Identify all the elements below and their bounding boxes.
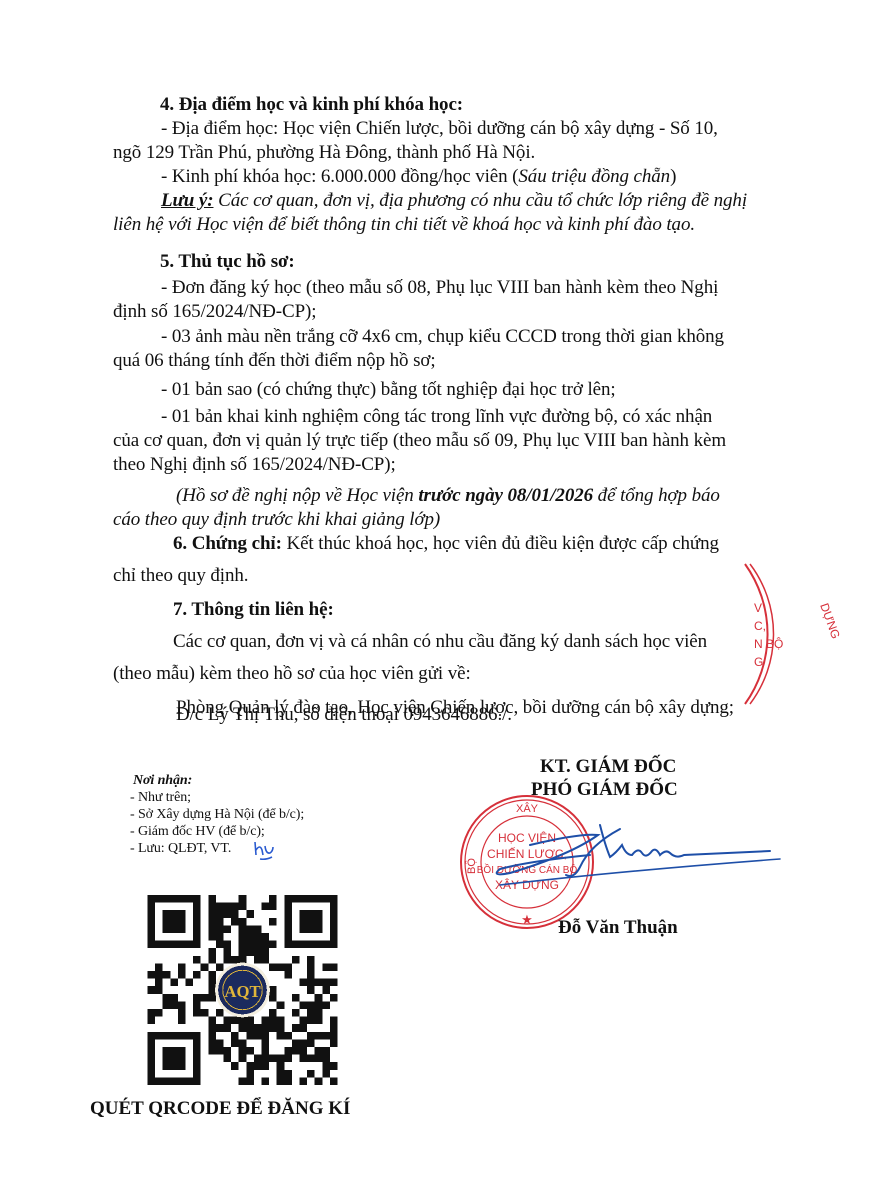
recipient-item: - Như trên;	[130, 789, 191, 806]
item1-line-2: định số 165/2024/NĐ-CP);	[113, 300, 316, 324]
item4-line-1: - 01 bản khai kinh nghiệm công tác trong…	[161, 405, 712, 429]
qr-logo-text: AQT	[224, 982, 260, 1001]
svg-text:★: ★	[521, 912, 533, 927]
item2-line-2: quá 06 tháng tính đến thời điểm nộp hồ s…	[113, 349, 436, 373]
section-7-heading: 7. Thông tin liên hệ:	[173, 598, 334, 622]
recipient-item: - Lưu: QLĐT, VT.	[130, 840, 231, 857]
section-6-line-2: chỉ theo quy định.	[113, 564, 248, 588]
partial-stamp-right: V C, N BỘ G DỰNG	[740, 560, 877, 710]
item4-line-2: của cơ quan, đơn vị quản lý trực tiếp (t…	[113, 429, 726, 453]
item1-line-1: - Đơn đăng ký học (theo mẫu số 08, Phụ l…	[161, 276, 718, 300]
fee-words: Sáu triệu đồng chẵn	[518, 166, 670, 187]
deadline-date: trước ngày 08/01/2026	[418, 485, 593, 506]
note-text-1: Các cơ quan, đơn vị, địa phương có nhu c…	[213, 190, 747, 211]
initials-scribble-icon	[252, 838, 278, 862]
section-6-line-1: 6. Chứng chỉ: Kết thúc khoá học, học viê…	[173, 532, 719, 556]
item2-line-1: - 03 ảnh màu nền trắng cỡ 4x6 cm, chụp k…	[161, 325, 724, 349]
document-page: 4. Địa điểm học và kinh phí khóa học: - …	[0, 0, 877, 1200]
deadline-suffix: để tổng hợp báo	[593, 485, 720, 506]
recipient-item: - Giám đốc HV (để b/c);	[130, 823, 265, 840]
fee-suffix: )	[670, 166, 676, 187]
signer-name: Đỗ Văn Thuận	[558, 916, 678, 940]
handwritten-signature	[470, 815, 790, 895]
contact-line-1: Các cơ quan, đơn vị và cá nhân có nhu cầ…	[173, 630, 707, 654]
recipient-item: - Sở Xây dựng Hà Nội (để b/c);	[130, 806, 304, 823]
section-5-heading: 5. Thủ tục hồ sơ:	[160, 250, 295, 274]
qr-caption: QUÉT QRCODE ĐỂ ĐĂNG KÍ	[90, 1098, 350, 1120]
svg-text:C,: C,	[754, 619, 766, 633]
location-line-1: - Địa điểm học: Học viện Chiến lược, bồi…	[161, 117, 718, 141]
section-6-text: Kết thúc khoá học, học viên đủ điều kiện…	[282, 533, 719, 554]
svg-text:N BỘ: N BỘ	[754, 636, 783, 651]
deadline-line-1: (Hồ sơ đề nghị nộp về Học viện trước ngà…	[176, 484, 720, 508]
fee-amount: - Kinh phí khóa học: 6.000.000 đồng/học …	[161, 166, 518, 187]
registration-qr-code[interactable]: AQT	[145, 895, 340, 1085]
item4-line-3: theo Nghị định số 165/2024/NĐ-CP);	[113, 453, 396, 477]
contact-line-2: (theo mẫu) kèm theo hồ sơ của học viên g…	[113, 662, 471, 686]
fee-line: - Kinh phí khóa học: 6.000.000 đồng/học …	[161, 165, 676, 189]
note-line-2: liên hệ với Học viện để biết thông tin c…	[113, 213, 695, 237]
svg-text:G: G	[754, 655, 763, 669]
item3: - 01 bản sao (có chứng thực) bằng tốt ng…	[161, 378, 616, 402]
section-6-heading: 6. Chứng chỉ:	[173, 533, 282, 554]
signature-title-1: KT. GIÁM ĐỐC	[540, 755, 676, 779]
recipients-title: Nơi nhận:	[133, 772, 192, 789]
stamp-top-text: XÂY	[516, 802, 539, 815]
contact-line-4: Đ/c Lý Thị Thu, số điện thoại 0943646886…	[176, 703, 512, 727]
deadline-prefix: (Hồ sơ đề nghị nộp về Học viện	[176, 485, 418, 506]
svg-text:DỰNG: DỰNG	[817, 601, 843, 640]
note-line-1: Lưu ý: Các cơ quan, đơn vị, địa phương c…	[161, 189, 747, 213]
location-line-2: ngõ 129 Trần Phú, phường Hà Đông, thành …	[113, 141, 535, 165]
note-label: Lưu ý:	[161, 190, 213, 211]
deadline-line-2: cáo theo quy định trước khi khai giảng l…	[113, 508, 440, 532]
section-4-heading: 4. Địa điểm học và kinh phí khóa học:	[160, 93, 463, 117]
partial-stamp-v: V	[754, 601, 762, 615]
